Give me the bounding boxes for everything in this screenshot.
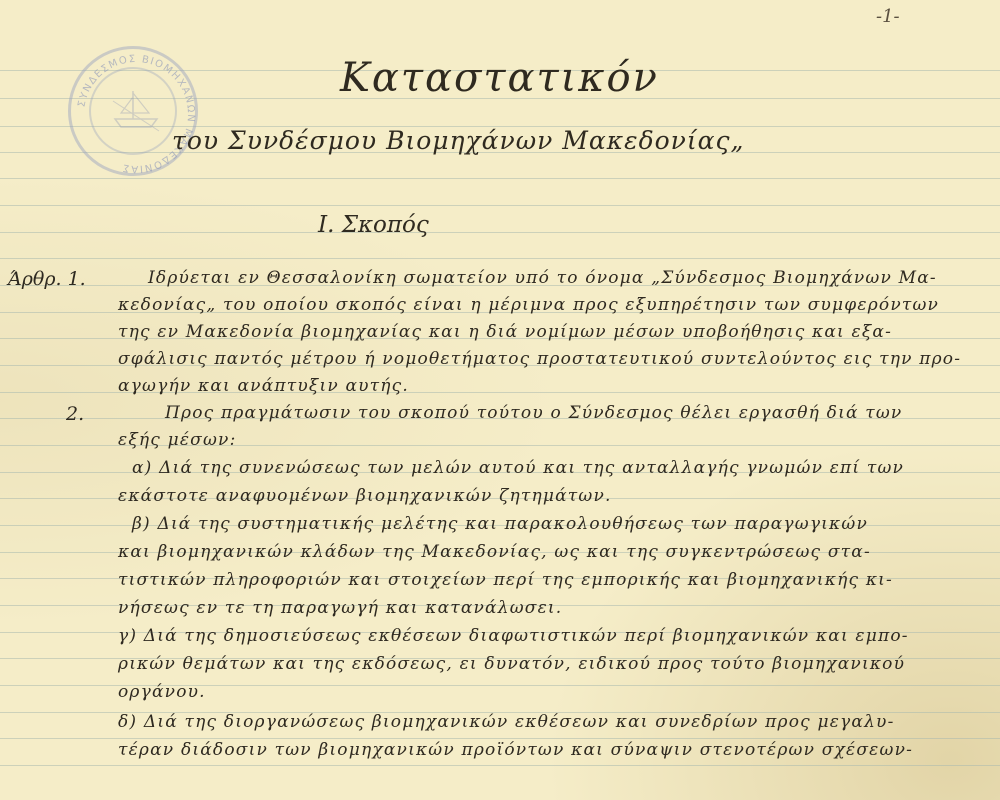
section-heading: I. Σκοπός <box>318 212 429 238</box>
document-title: Καταστατικόν <box>340 55 659 101</box>
document-subtitle: του Συνδέσμου Βιομηχάνων Μακεδονίας„ <box>172 126 745 155</box>
manuscript-page: ΣΥΝΔΕΣΜΟΣ ΒΙΟΜΗΧΑΝΩΝ ΜΑΚΕΔΟΝΙΑΣ -1- Κατα… <box>0 0 1000 800</box>
text-line: Προς πραγμάτωσιν του σκοπού τούτου ο Σύν… <box>165 403 902 423</box>
text-line: γ) Διά της δημοσιεύσεως εκθέσεων διαφωτι… <box>118 626 909 646</box>
svg-text:ΣΥΝΔΕΣΜΟΣ ΒΙΟΜΗΧΑΝΩΝ ΜΑΚΕΔΟΝΙΑ: ΣΥΝΔΕΣΜΟΣ ΒΙΟΜΗΧΑΝΩΝ ΜΑΚΕΔΟΝΙΑΣ <box>76 54 196 174</box>
text-line: α) Διά της συνενώσεως των μελών αυτού κα… <box>132 458 904 478</box>
text-line: Ιδρύεται εν Θεσσαλονίκη σωματείον υπό το… <box>148 268 937 288</box>
text-line: της εν Μακεδονία βιομηχανίας και η διά ν… <box>118 322 892 342</box>
text-line: κεδονίας„ του οποίου σκοπός είναι η μέρι… <box>118 295 939 315</box>
text-line: ρικών θεμάτων και της εκδόσεως, ει δυνατ… <box>118 654 905 674</box>
stamp-circular-text: ΣΥΝΔΕΣΜΟΣ ΒΙΟΜΗΧΑΝΩΝ ΜΑΚΕΔΟΝΙΑΣ <box>71 49 201 179</box>
ruled-line <box>0 765 1000 766</box>
ship-emblem-icon <box>109 83 163 137</box>
text-line: αγωγήν και ανάπτυξιν αυτής. <box>118 376 409 396</box>
text-line: τέραν διάδοσιν των βιομηχανικών προϊόντω… <box>118 740 913 760</box>
ruled-line <box>0 258 1000 259</box>
text-line: εξής μέσων: <box>118 430 237 450</box>
text-line: εκάστοτε αναφυομένων βιομηχανικών ζητημά… <box>118 486 612 506</box>
text-line: νήσεως εν τε τη παραγωγή και κατανάλωσει… <box>118 598 562 618</box>
ruled-line <box>0 232 1000 233</box>
ruled-line <box>0 738 1000 739</box>
text-line: οργάνου. <box>118 682 206 702</box>
text-line: β) Διά της συστηματικής μελέτης και παρα… <box>132 514 868 534</box>
text-line: και βιομηχανικών κλάδων της Μακεδονίας, … <box>118 542 871 562</box>
ruled-line <box>0 205 1000 206</box>
text-line: σφάλισις παντός μέτρου ή νομοθετήματος π… <box>118 349 961 369</box>
association-stamp: ΣΥΝΔΕΣΜΟΣ ΒΙΟΜΗΧΑΝΩΝ ΜΑΚΕΔΟΝΙΑΣ <box>68 46 198 176</box>
text-line: τιστικών πληροφοριών και στοιχείων περί … <box>118 570 893 590</box>
text-line: δ) Διά της διοργανώσεως βιομηχανικών εκθ… <box>118 712 895 732</box>
article-label-1: Άρθρ. 1. <box>8 268 86 290</box>
article-label-2: 2. <box>66 403 84 425</box>
page-number: -1- <box>876 6 900 27</box>
